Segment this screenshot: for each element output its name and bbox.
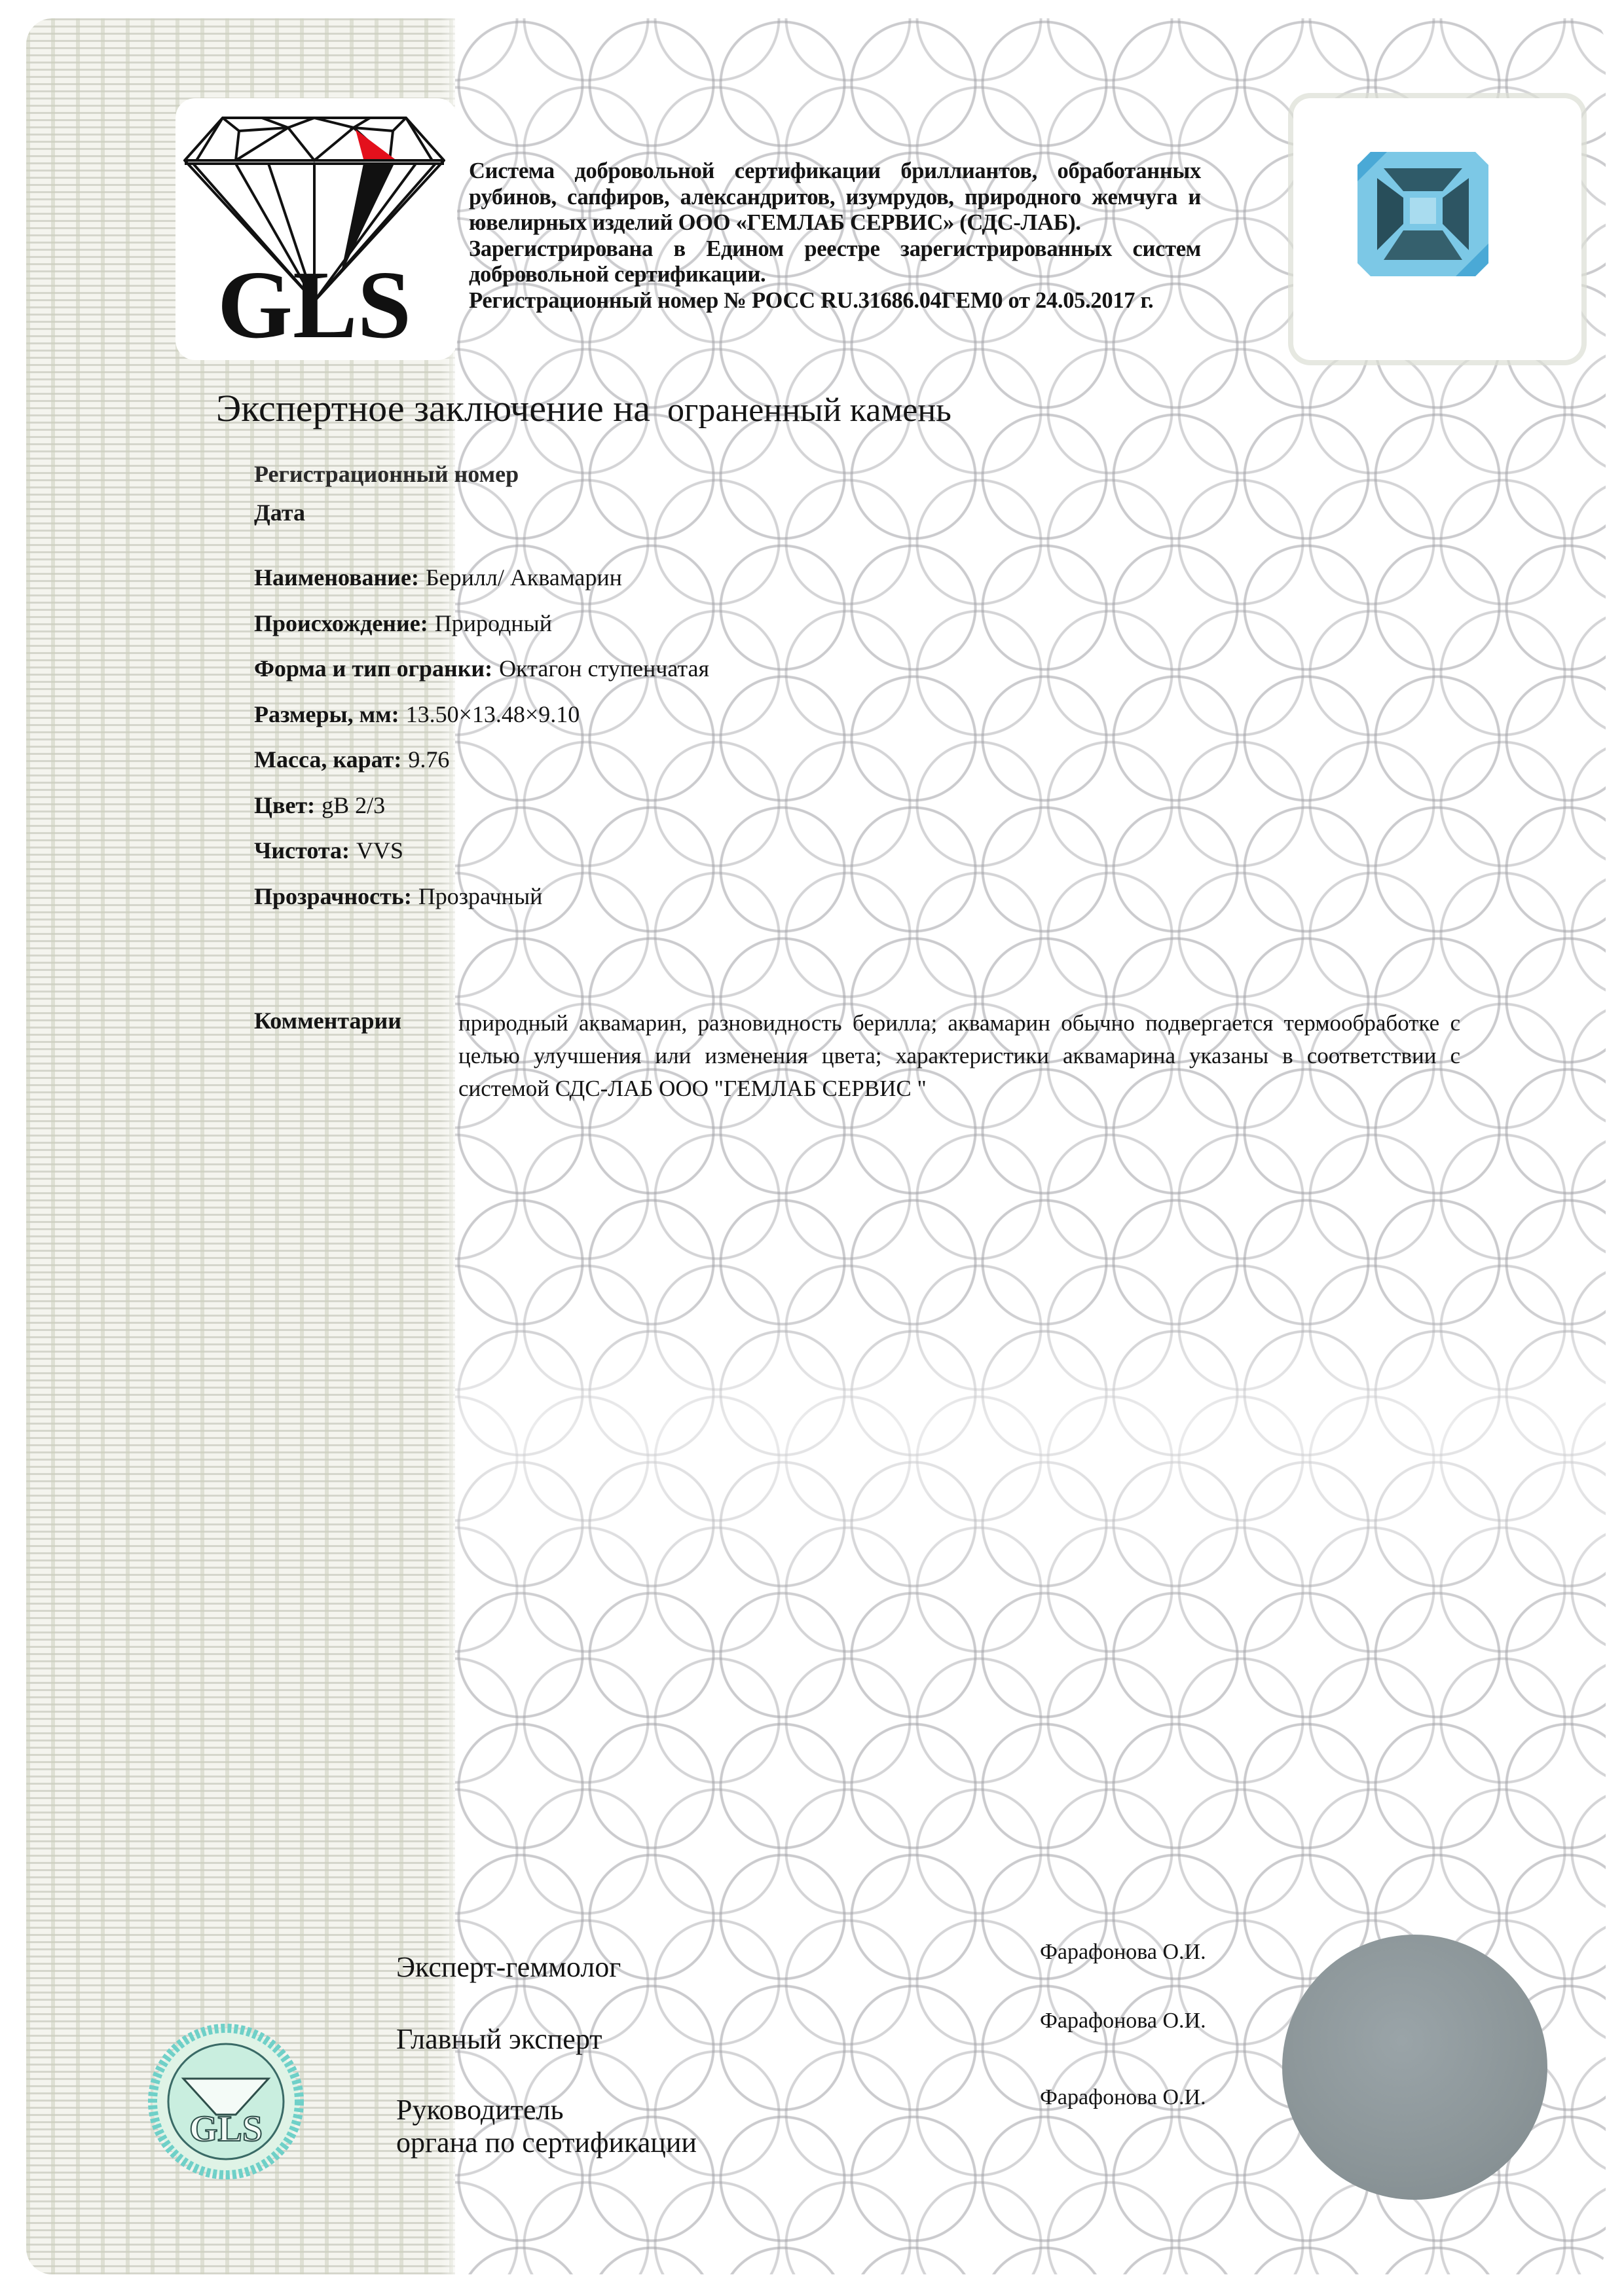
- field-transparency: Прозрачность:Прозрачный: [254, 881, 709, 926]
- signature-name: Фарафонова О.И.: [1040, 1940, 1206, 1965]
- signature-role-gemologist: Эксперт-геммолог: [396, 1951, 621, 1984]
- field-cut: Форма и тип огранки:Октагон ступенчатая: [254, 653, 709, 699]
- system-line: ювелирных изделий ООО «ГЕМЛАБ СЕРВИС» (С…: [469, 210, 1201, 236]
- gem-photo: [1357, 152, 1488, 276]
- field-origin: Происхождение:Природный: [254, 608, 709, 653]
- signature-name: Фарафонова О.И.: [1040, 2009, 1206, 2033]
- title-main: Экспертное заключение на: [216, 387, 650, 429]
- signature-role-head: Руководитель органа по сертификации: [396, 2094, 697, 2159]
- system-line: Зарегистрирована в Едином реестре зареги…: [469, 236, 1201, 263]
- field-clarity: Чистота:VVS: [254, 835, 709, 881]
- comments-label: Комментарии: [254, 1007, 401, 1034]
- field-dimensions: Размеры, мм:13.50×13.48×9.10: [254, 699, 709, 744]
- seal-sticker: [1282, 1935, 1547, 2200]
- hologram-sticker: GLS: [147, 2023, 304, 2180]
- date-label: Дата: [254, 499, 305, 526]
- signature-name: Фарафонова О.И.: [1040, 2085, 1206, 2110]
- field-name: Наименование:Берилл/ Аквамарин: [254, 562, 709, 608]
- svg-text:GLS: GLS: [189, 2109, 263, 2149]
- system-line: рубинов, сапфиров, александритов, изумру…: [469, 185, 1201, 211]
- system-line: добровольной сертификации.: [469, 262, 1201, 288]
- stone-characteristics: Наименование:Берилл/ Аквамарин Происхожд…: [254, 562, 709, 926]
- signature-role-chief-expert: Главный эксперт: [396, 2023, 602, 2056]
- ruby-facet: [356, 130, 395, 159]
- system-line: Система добровольной сертификации брилли…: [469, 158, 1201, 185]
- svg-text:GLS: GLS: [217, 251, 411, 340]
- pattern-fade: [455, 1295, 1606, 1622]
- registration-number-line: Регистрационный номер № РОСС RU.31686.04…: [469, 288, 1201, 314]
- certification-system-info: Система добровольной сертификации брилли…: [469, 158, 1201, 314]
- gls-diamond-logo: GLS: [183, 111, 445, 340]
- field-color: Цвет:gB 2/3: [254, 790, 709, 835]
- page-title: Экспертное заключение наограненный камен…: [216, 386, 951, 430]
- registration-number-label: Регистрационный номер: [254, 460, 519, 488]
- comments-text: природный аквамарин, разновидность берил…: [458, 1007, 1460, 1105]
- title-subject: ограненный камень: [667, 392, 951, 429]
- field-weight: Масса, карат:9.76: [254, 744, 709, 790]
